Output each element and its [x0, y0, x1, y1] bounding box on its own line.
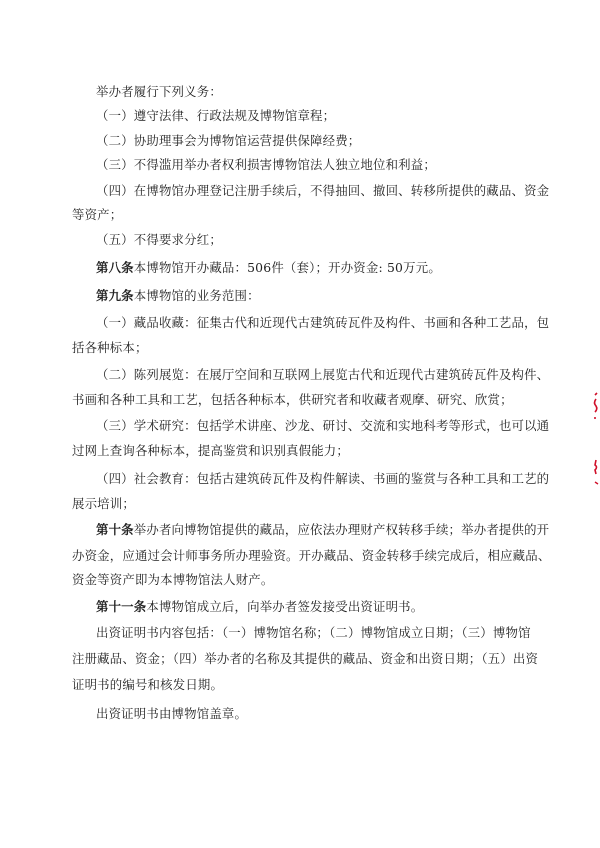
- line-text: 等资产；: [72, 207, 122, 222]
- text-line: 展示培训；: [72, 496, 135, 512]
- article-line: 第九条本博物馆的业务范围：: [96, 288, 260, 304]
- line-text: （一）藏品收藏：征集古代和近现代古建筑砖瓦件及构件、书画和各种工艺品，包: [96, 315, 549, 330]
- document-page: 举办者履行下列义务：（一）遵守法律、行政法规及博物馆章程；（二）协助理事会为博物…: [0, 0, 600, 848]
- line-text: 举办者履行下列义务：: [96, 84, 222, 99]
- line-text: （三）不得滥用举办者权利损害博物馆法人独立地位和利益；: [96, 157, 436, 172]
- line-text: （四）在博物馆办理登记注册手续后，不得抽回、撤回、转移所提供的藏品、资金: [96, 183, 549, 198]
- text-line: 出资证明书内容包括：（一）博物馆名称；（二）博物馆成立日期；（三）博物馆: [96, 625, 531, 641]
- article-number: 第九条: [96, 288, 134, 303]
- line-text: （二）协助理事会为博物馆运营提供保障经费；: [96, 133, 360, 148]
- article-line: 第十一条本博物馆成立后，向举办者签发接受出资证明书。: [96, 599, 423, 615]
- text-line: 过网上查询各种标本，提高鉴赏和识别真假能力；: [72, 443, 349, 459]
- line-text: （四）社会教育：包括古建筑砖瓦件及构件解读、书画的鉴赏与各种工具和工艺的: [96, 471, 549, 486]
- line-text: （三）学术研究：包括学术讲座、沙龙、研讨、交流和实地科考等形式，也可以通: [96, 418, 549, 433]
- line-text: 出资证明书内容包括：（一）博物馆名称；（二）博物馆成立日期；（三）博物馆: [96, 625, 531, 640]
- line-text: （二）陈列展览：在展厅空间和互联网上展览古代和近现代古建筑砖瓦件及构件、: [96, 367, 549, 382]
- line-text: 括各种标本；: [72, 340, 148, 355]
- text-line: （二）协助理事会为博物馆运营提供保障经费；: [96, 133, 360, 149]
- line-text: （一）遵守法律、行政法规及博物馆章程；: [96, 108, 335, 123]
- line-text: 证明书的编号和核发日期。: [72, 677, 223, 692]
- text-line: （五）不得要求分红；: [96, 232, 222, 248]
- text-line: （一）遵守法律、行政法规及博物馆章程；: [96, 108, 335, 124]
- text-line: （四）在博物馆办理登记注册手续后，不得抽回、撤回、转移所提供的藏品、资金: [96, 183, 549, 199]
- text-line: （二）陈列展览：在展厅空间和互联网上展览古代和近现代古建筑砖瓦件及构件、: [96, 367, 549, 383]
- red-seal-stamp-fragment: [590, 385, 600, 485]
- line-text: 资金等资产即为本博物馆法人财产。: [72, 572, 273, 587]
- line-text: 本博物馆开办藏品：506件（套）；开办资金: 50万元。: [134, 260, 441, 275]
- text-line: 书画和各种工具和工艺，包括各种标本，供研究者和收藏者观摩、研究、欣赏；: [72, 392, 513, 408]
- line-text: 本博物馆的业务范围：: [134, 288, 260, 303]
- text-line: （一）藏品收藏：征集古代和近现代古建筑砖瓦件及构件、书画和各种工艺品，包: [96, 315, 549, 331]
- text-line: 资金等资产即为本博物馆法人财产。: [72, 572, 273, 588]
- line-text: 出资证明书由博物馆盖章。: [96, 706, 247, 721]
- text-line: 举办者履行下列义务：: [96, 84, 222, 100]
- text-line: 等资产；: [72, 207, 122, 223]
- article-number: 第八条: [96, 260, 134, 275]
- text-line: 注册藏品、资金；（四）举办者的名称及其提供的藏品、资金和出资日期；（五）出资: [72, 651, 538, 667]
- line-text: 书画和各种工具和工艺，包括各种标本，供研究者和收藏者观摩、研究、欣赏；: [72, 392, 513, 407]
- line-text: 注册藏品、资金；（四）举办者的名称及其提供的藏品、资金和出资日期；（五）出资: [72, 651, 538, 666]
- article-number: 第十一条: [96, 599, 146, 614]
- line-text: 展示培训；: [72, 496, 135, 511]
- text-line: （三）学术研究：包括学术讲座、沙龙、研讨、交流和实地科考等形式，也可以通: [96, 418, 549, 434]
- line-text: （五）不得要求分红；: [96, 232, 222, 247]
- text-line: （三）不得滥用举办者权利损害博物馆法人独立地位和利益；: [96, 157, 436, 173]
- text-line: 出资证明书由博物馆盖章。: [96, 706, 247, 722]
- line-text: 办资金，应通过会计师事务所办理验资。开办藏品、资金转移手续完成后，相应藏品、: [72, 548, 550, 563]
- text-line: 办资金，应通过会计师事务所办理验资。开办藏品、资金转移手续完成后，相应藏品、: [72, 548, 550, 564]
- article-number: 第十条: [96, 522, 134, 537]
- article-line: 第十条举办者向博物馆提供的藏品，应依法办理财产权转移手续；举办者提供的开: [96, 522, 549, 538]
- text-line: 括各种标本；: [72, 340, 148, 356]
- line-text: 举办者向博物馆提供的藏品，应依法办理财产权转移手续；举办者提供的开: [134, 522, 550, 537]
- article-line: 第八条本博物馆开办藏品：506件（套）；开办资金: 50万元。: [96, 260, 441, 276]
- text-line: （四）社会教育：包括古建筑砖瓦件及构件解读、书画的鉴赏与各种工具和工艺的: [96, 471, 549, 487]
- text-line: 证明书的编号和核发日期。: [72, 677, 223, 693]
- line-text: 本博物馆成立后，向举办者签发接受出资证明书。: [146, 599, 423, 614]
- line-text: 过网上查询各种标本，提高鉴赏和识别真假能力；: [72, 443, 349, 458]
